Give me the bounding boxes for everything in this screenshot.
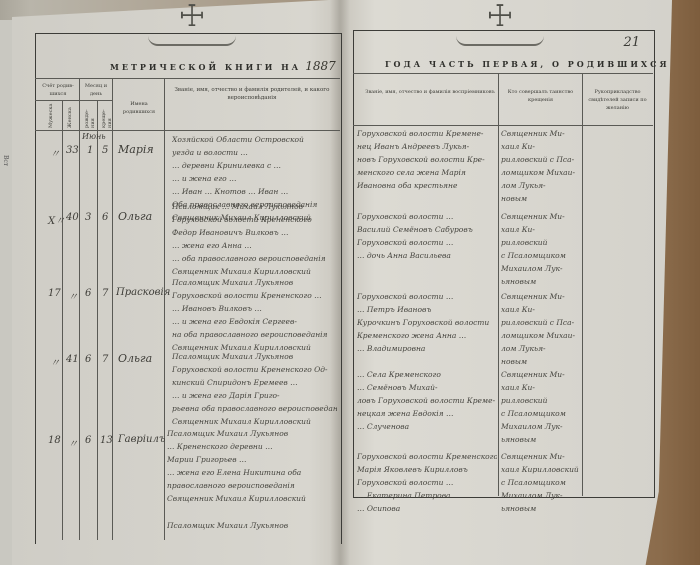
text-line: … и жена его … — [172, 172, 337, 185]
row2-male-no: Х〃 — [48, 212, 65, 227]
row5-month: 6 — [85, 435, 91, 446]
text-line: Псаломщик … Михаил Лукьянов — [172, 200, 337, 213]
col-rule — [164, 78, 165, 540]
text-line: с Псаломщиком — [501, 249, 581, 262]
text-line: ьяновым — [501, 502, 581, 515]
row3-sacrament: Священник Ми- хаил Ки- рилловский с Пса-… — [501, 290, 581, 368]
text-line: … и жена его Дарія Григо- — [172, 389, 337, 402]
row1-name: Марія — [118, 143, 154, 156]
text-line: … Семёновъ Михай- — [357, 381, 497, 394]
text-line: Горуховской волости Крененского Од- — [172, 363, 337, 376]
text-line: … Ивановъ Вилковъ … — [172, 302, 337, 315]
text-line: с Псаломщиком — [501, 407, 581, 420]
text-line: хаил Ки- — [501, 303, 581, 316]
text-line: Горуховской волости … — [357, 476, 497, 489]
double-headed-eagle-icon: ☩ — [162, 0, 222, 34]
text-line: … Крененского деревни … — [167, 440, 337, 453]
col-rule — [97, 100, 98, 540]
text-line: … деревни Кринилевка с … — [172, 159, 337, 172]
text-line: … Осипова — [357, 502, 497, 515]
row5-male-no: 18 — [48, 435, 61, 446]
text-line: … Села Кременского — [357, 368, 497, 381]
text-line: Священник Ми- — [501, 127, 581, 140]
text-line: хаил Кирилловский — [501, 463, 581, 476]
ribbon-decoration — [456, 36, 544, 46]
text-line: Горуховской волости Кремене- — [357, 127, 497, 140]
text-line: рьевна оба православного вероисповеданія — [172, 402, 337, 415]
ribbon-decoration — [148, 36, 236, 46]
header-parents: Званіе, имя, отчество и фамилія родителе… — [172, 86, 332, 102]
text-line: Федор Ивановичъ Вилковъ … — [172, 226, 337, 239]
text-line: Марии Григорьев … — [167, 453, 337, 466]
text-line: хаил Ки- — [501, 381, 581, 394]
text-line: Курочкинъ Горуховской волости — [357, 316, 497, 329]
row5-name: Гавріилъ — [118, 434, 165, 445]
text-line: лом Лукья- — [501, 179, 581, 192]
header-female: Женска — [67, 104, 73, 128]
row3-name: Прасковія — [116, 287, 170, 298]
text-line: Михаилом Лук- — [501, 489, 581, 502]
text-line: ьяновым — [501, 275, 581, 288]
text-line: новым — [501, 192, 581, 205]
text-line: ломщиком Михаи- — [501, 329, 581, 342]
text-line: … дочь Анна Васильева — [357, 249, 497, 262]
col-rule — [79, 78, 80, 540]
header-day-baptized: креще-ния — [101, 104, 113, 128]
subheader-rule — [35, 100, 112, 101]
text-line: православного вероисповеданія — [167, 479, 337, 492]
row3-male-no: 17 — [48, 288, 61, 299]
right-emblem: ☩ — [470, 0, 530, 48]
header-godparents: Званіе, имя, отчество и фамилія воспріем… — [365, 88, 495, 96]
text-line: на оба православного вероисповеданія — [172, 328, 337, 341]
left-page-heading: МЕТРИЧЕСКОЙ КНИГИ НА1887 — [110, 59, 336, 73]
text-line: Псаломщик Михаил Лукьянов — [167, 519, 337, 532]
row1-baptized: 5 — [102, 145, 108, 156]
text-line: … Петръ Ивановъ — [357, 303, 497, 316]
text-line: хаил Ки- — [501, 140, 581, 153]
text-line: … оба православного вероисповеданія — [172, 252, 337, 265]
text-line: Горуховской волости Крененского — [172, 213, 337, 226]
text-line: Горуховской волости … — [357, 210, 497, 223]
text-line: рилловский — [501, 394, 581, 407]
header-top-rule — [353, 73, 653, 74]
row3-baptized: 7 — [102, 288, 108, 299]
row5-female-no: 〃 — [68, 435, 78, 450]
text-line: с Псаломщиком — [501, 476, 581, 489]
text-line: нец Иванъ Андреевъ Лукья- — [357, 140, 497, 153]
row3-parents: Псаломщик Михаил Лукьянов Горуховской во… — [172, 276, 337, 354]
text-line: Горуховской волости … — [357, 236, 497, 249]
col-rule — [498, 73, 499, 496]
text-line: … жена его Елена Никитина оба — [167, 466, 337, 479]
text-line: Священник Ми- — [501, 290, 581, 303]
text-line: рилловский с Пса- — [501, 153, 581, 166]
row5-sacrament: Священник Ми- хаил Кирилловский с Псалом… — [501, 450, 581, 515]
row1-month: Июнь — [82, 132, 106, 141]
text-line: Священник Ми- — [501, 368, 581, 381]
header-bottom-rule — [35, 130, 340, 131]
text-line: … Екатерина Петрова — [357, 489, 497, 502]
text-line: Михаилом Лук- — [501, 262, 581, 275]
header-signatures: Рукоприкладство свидѣтелей записи по жел… — [585, 88, 650, 112]
header-name-born: Имена родившихся — [114, 100, 164, 116]
row1-godparents: Горуховской волости Кремене- нец Иванъ А… — [357, 127, 497, 192]
col-rule — [112, 78, 113, 540]
row5-godparents: Горуховской волости Кременского Марія Як… — [357, 450, 497, 515]
text-line: Кременского жена Анна … — [357, 329, 497, 342]
row2-month: 3 — [85, 212, 91, 223]
text-line: Хозяйской Области Островской — [172, 133, 337, 146]
row4-parents: Псаломщик Михаил Лукьянов Горуховской во… — [172, 350, 337, 428]
text-line: рилловский с Пса- — [501, 316, 581, 329]
header-day-born: рожде-ния — [84, 104, 96, 128]
left-emblem: ☩ — [162, 0, 222, 48]
text-line: Псаломщик Михаил Лукьянов — [172, 276, 337, 289]
text-line: Горуховской волости Кременского — [357, 450, 497, 463]
row4-sacrament: Священник Ми- хаил Ки- рилловский с Псал… — [501, 368, 581, 446]
header-sacrament-by: Кто совершалъ таинство крещенія — [503, 88, 578, 104]
handwritten-year: 1887 — [305, 59, 336, 73]
text-line: … и жена его Евдокія Сергеев- — [172, 315, 337, 328]
text-line: Псаломщик Михаил Лукьянов — [167, 427, 337, 440]
text-line: Псаломщик Михаил Лукьянов — [172, 350, 337, 363]
double-headed-eagle-icon: ☩ — [470, 0, 530, 34]
text-line: Ивановна оба крестьяне — [357, 179, 497, 192]
header-top-rule — [35, 78, 340, 79]
header-count-born: Счёт родив-шихся — [37, 82, 79, 98]
row2-baptized: 6 — [102, 212, 108, 223]
header-month-day: Месяц и день — [80, 82, 112, 98]
right-page: ☩ 21 ГОДА ЧАСТЬ ПЕРВАЯ, О РОДИВШИХСЯ Зва… — [345, 0, 660, 565]
row2-parents: Псаломщик … Михаил Лукьянов Горуховской … — [172, 200, 337, 278]
text-line: ловъ Горуховской волости Креме- — [357, 394, 497, 407]
row4-godparents: … Села Кременского … Семёновъ Михай- лов… — [357, 368, 497, 433]
printed-heading: МЕТРИЧЕСКОЙ КНИГИ НА — [110, 62, 301, 72]
header-male: Мужеска — [48, 104, 54, 128]
text-line: кинский Спиридонъ Еремеев … — [172, 376, 337, 389]
text-line: новым — [501, 355, 581, 368]
row3-godparents: Горуховской волости … … Петръ Ивановъ Ку… — [357, 290, 497, 355]
row4-baptized: 7 — [102, 354, 108, 365]
right-page-heading: ГОДА ЧАСТЬ ПЕРВАЯ, О РОДИВШИХСЯ — [385, 59, 670, 69]
text-line: новъ Горуховской волости Кре- — [357, 153, 497, 166]
row5-baptized: 13 — [100, 435, 113, 446]
page-number: 21 — [623, 35, 640, 50]
text-line: ломщиком Михаи- — [501, 166, 581, 179]
text-line: Марія Яковлевъ Кирилловъ — [357, 463, 497, 476]
text-line: Василий Семёновъ Сабуровъ — [357, 223, 497, 236]
row2-name: Ольга — [118, 210, 152, 223]
text-line: Священник Михаил Кирилловский — [167, 492, 337, 505]
row1-born: 1 — [87, 145, 93, 156]
text-line: нецкая жена Евдокія … — [357, 407, 497, 420]
row3-month: 6 — [85, 288, 91, 299]
text-line: Священник Ми- — [501, 210, 581, 223]
header-bottom-rule — [353, 125, 653, 126]
text-line: … Слученова — [357, 420, 497, 433]
text-line: … жена его Анна … — [172, 239, 337, 252]
row4-month: 6 — [85, 354, 91, 365]
col-rule — [582, 73, 583, 496]
text-line: лом Лукья- — [501, 342, 581, 355]
row2-sacrament: Священник Ми- хаил Ки- рилловский с Псал… — [501, 210, 581, 288]
row1-sacrament: Священник Ми- хаил Ки- рилловский с Пса-… — [501, 127, 581, 205]
text-line: Горуховской волости … — [357, 290, 497, 303]
left-page: ☩ МЕТРИЧЕСКОЙ КНИГИ НА1887 Счёт родив-ши… — [12, 0, 342, 565]
row2-godparents: Горуховской волости … Василий Семёновъ С… — [357, 210, 497, 262]
row5-parents: Псаломщик Михаил Лукьянов … Крененского … — [167, 427, 337, 532]
text-line: … Иван … Кнотов … Иван … — [172, 185, 337, 198]
row4-female-no: 41 — [66, 354, 79, 365]
text-line: Священник Ми- — [501, 450, 581, 463]
row2-female-no: 40 — [66, 212, 79, 223]
text-line: ьяновым — [501, 433, 581, 446]
row1-male-no: 〃 — [50, 145, 60, 160]
col-rule — [62, 100, 63, 540]
row4-name: Ольга — [118, 352, 152, 365]
row1-female-no: 33 — [66, 145, 79, 156]
text-line: Михаилом Лук- — [501, 420, 581, 433]
text-line: … Владимировна — [357, 342, 497, 355]
text-line: рилловский — [501, 236, 581, 249]
row4-male-no: 〃 — [50, 354, 60, 369]
text-line: хаил Ки- — [501, 223, 581, 236]
text-line: уезда и волости … — [172, 146, 337, 159]
text-line: менского села жена Марія — [357, 166, 497, 179]
row3-female-no: 〃 — [68, 288, 78, 303]
text-line: Горуховской волости Крененского … — [172, 289, 337, 302]
edge-text: Вст — [2, 155, 9, 166]
